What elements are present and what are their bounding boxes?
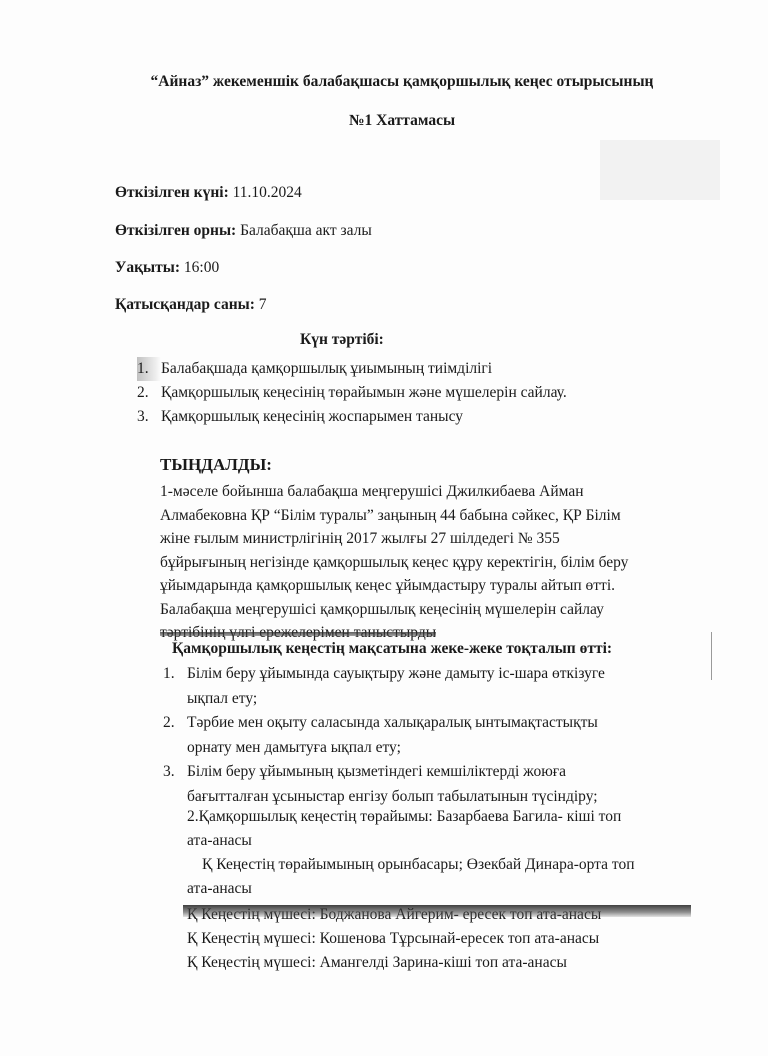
chair-line: ата-анасы	[187, 829, 635, 853]
meta-date: Өткізілген күні: 11.10.2024	[115, 184, 302, 202]
agenda-item-number: 1.	[137, 357, 161, 381]
goal-item: 3. Білім беру ұйымының қызметіндегі кемш…	[163, 760, 605, 809]
paragraph-line: Алмабековна ҚР “Білім туралы” заңының 44…	[160, 504, 720, 528]
agenda-title: Күн тәртібі:	[300, 331, 384, 349]
paragraph-line: ұйымдарында қамқоршылық кеңес ұйымдастыр…	[160, 574, 720, 598]
goal-item-text: Білім беру ұйымының қызметіндегі кемшілі…	[187, 760, 598, 785]
meta-label: Қатысқандар саны:	[115, 296, 255, 313]
paragraph-line: бұйрығының негізінде қамқоршылық кеңес қ…	[160, 551, 720, 575]
member-line: Қ Кеңестің мүшесі: Амангелді Зарина-кіші…	[187, 951, 635, 975]
paragraph-line: Балабақша меңгерушісі қамқоршылық кеңесі…	[160, 598, 720, 622]
goal-item-text: Білім беру ұйымында сауықтыру және дамыт…	[187, 662, 605, 687]
agenda-item: 2. Қамқоршылық кеңесінің төрайымын және …	[137, 381, 567, 405]
meta-label: Өткізілген күні:	[115, 184, 229, 201]
agenda-list: 1. Балабақшада қамқоршылық ұиымының тиім…	[137, 357, 567, 429]
paragraph-line: жіне ғылым министрлігінің 2017 жылғы 27 …	[160, 527, 720, 551]
goal-item-text: орнату мен дамытуға ықпал ету;	[187, 736, 598, 761]
heard-heading: ТЫҢДАЛДЫ:	[160, 455, 272, 475]
scanned-page: “Айназ” жекеменшік балабақшасы қамқоршыл…	[0, 0, 768, 1056]
member-line: Қ Кеңестің мүшесі: Кошенова Тұрсынай-ере…	[187, 927, 635, 951]
meta-label: Өткізілген орны:	[115, 222, 236, 239]
meta-label: Уақыты:	[115, 259, 180, 276]
agenda-item: 3. Қамқоршылық кеңесінің жоспарымен таны…	[137, 405, 567, 429]
agenda-item-text: Қамқоршылық кеңесінің төрайымын және мүш…	[161, 381, 567, 405]
meta-time: Уақыты: 16:00	[115, 259, 219, 277]
scan-artifact	[600, 140, 720, 200]
meta-value: 16:00	[180, 259, 219, 276]
deputy-line: ата-анасы	[187, 877, 635, 901]
agenda-item-text: Балабақшада қамқоршылық ұиымының тиімділ…	[161, 357, 492, 381]
agenda-item-text: Қамқоршылық кеңесінің жоспарымен танысу	[161, 405, 463, 429]
council-members: 2.Қамқоршылық кеңестің төрайымы: Базарба…	[187, 805, 635, 975]
agenda-item-number: 3.	[137, 405, 161, 429]
meta-value: 7	[255, 296, 267, 313]
goal-item-text: Тәрбие мен оқыту саласында халықаралық ы…	[187, 711, 598, 736]
member-line-struck: Қ Кеңестің мүшесі: Боджанова Айгерим- ер…	[187, 903, 601, 927]
document-title: “Айназ” жекеменшік балабақшасы қамқоршыл…	[18, 73, 768, 91]
heard-paragraph: 1-мәселе бойынша балабақша меңгерушісі Д…	[160, 480, 720, 645]
goal-item-text: ықпал ету;	[187, 687, 605, 712]
agenda-item-number: 2.	[137, 381, 161, 405]
goal-item: 2. Тәрбие мен оқыту саласында халықаралы…	[163, 711, 605, 760]
meta-place: Өткізілген орны: Балабақша акт залы	[115, 222, 372, 240]
goal-item-number: 3.	[163, 760, 187, 809]
paragraph-line: 1-мәселе бойынша балабақша меңгерушісі Д…	[160, 480, 720, 504]
agenda-item: 1. Балабақшада қамқоршылық ұиымының тиім…	[137, 357, 567, 381]
deputy-line: Қ Кеңестің төрайымының орынбасары; Өзекб…	[187, 853, 635, 877]
goals-heading: Қамқоршылық кеңестің мақсатына жеке-жеке…	[172, 640, 612, 658]
goal-item-number: 1.	[163, 662, 187, 711]
chair-line: 2.Қамқоршылық кеңестің төрайымы: Базарба…	[187, 805, 635, 829]
goal-item: 1. Білім беру ұйымында сауықтыру және да…	[163, 662, 605, 711]
goals-list: 1. Білім беру ұйымында сауықтыру және да…	[163, 662, 605, 809]
meta-value: Балабақша акт залы	[236, 222, 372, 239]
goal-item-number: 2.	[163, 711, 187, 760]
meta-attendees: Қатысқандар саны: 7	[115, 296, 267, 314]
meta-value: 11.10.2024	[229, 184, 302, 201]
document-subtitle: №1 Хаттамасы	[18, 112, 768, 130]
